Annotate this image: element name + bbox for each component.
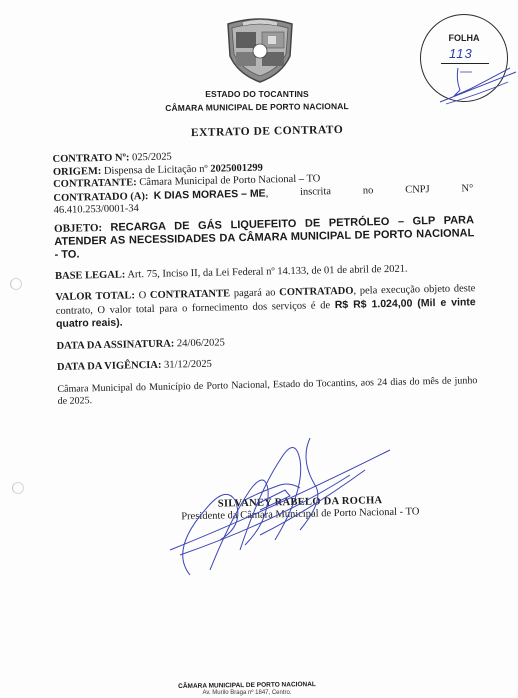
contracting-party-value: Câmara Municipal de Porto Nacional – TO: [139, 173, 320, 188]
handwritten-signature-icon: [150, 430, 430, 590]
object-label: OBJETO:: [54, 221, 102, 234]
stamp-label: FOLHA: [421, 33, 507, 43]
document-page: ESTADO DO TOCANTINS CÂMARA MUNICIPAL DE …: [0, 0, 518, 698]
total-value-text: pagará ao: [230, 287, 279, 299]
stamp-initials-icon: [420, 60, 518, 110]
footer-address: Av. Murilo Braga nº 1847, Centro.: [0, 690, 506, 696]
contracted-word: CNPJ: [405, 184, 430, 198]
object-row: OBJETO: RECARGA DE GÁS LIQUEFEITO DE PET…: [54, 214, 475, 262]
origin-label: ORIGEM:: [53, 165, 102, 177]
contracted-word: no: [363, 185, 374, 199]
punch-hole-mark: [10, 278, 22, 290]
total-value-label: VALOR TOTAL:: [55, 290, 135, 303]
origin-process-number: 2025001299: [210, 162, 263, 174]
legal-basis-value: Art. 75, Inciso II, da Lei Federal nº 14…: [127, 263, 407, 280]
validity-date-label: DATA DA VIGÊNCIA:: [57, 360, 162, 373]
validity-date-value: 31/12/2025: [164, 359, 212, 371]
total-value-contratado: CONTRATADO: [279, 286, 353, 299]
punch-hole-mark: [12, 482, 24, 494]
legal-basis-label: BASE LEGAL:: [55, 269, 126, 281]
contracted-word: N°: [461, 183, 473, 197]
document-title: EXTRATO DE CONTRATO: [62, 121, 472, 142]
total-value-row: VALOR TOTAL: O CONTRATANTE pagará ao CON…: [55, 283, 476, 331]
contracted-party-label: CONTRATADO (A):: [53, 190, 148, 203]
signature-date-value: 24/06/2025: [177, 337, 225, 349]
legal-basis-row: BASE LEGAL: Art. 75, Inciso II, da Lei F…: [55, 262, 475, 283]
origin-value: Dispensa de Licitação nº: [104, 163, 211, 176]
total-value-contratante: CONTRATANTE: [150, 288, 230, 301]
signature-date-row: DATA DA ASSINATURA: 24/06/2025: [56, 332, 476, 353]
validity-date-row: DATA DA VIGÊNCIA: 31/12/2025: [57, 353, 477, 374]
closing-statement: Câmara Municipal do Município de Porto N…: [57, 375, 477, 409]
stamp-page-number: 113: [449, 46, 473, 61]
object-value: RECARGA DE GÁS LIQUEFEITO DE PETRÓLEO – …: [54, 214, 474, 261]
contracted-party-name: K DIAS MORAES – ME: [154, 187, 266, 201]
signature-date-label: DATA DA ASSINATURA:: [56, 338, 174, 351]
coat-of-arms-icon: [222, 14, 298, 84]
contracted-word: inscrita: [300, 186, 331, 200]
contracting-party-label: CONTRATANTE:: [53, 177, 137, 190]
total-value-text: O: [139, 290, 151, 301]
contract-extract: EXTRATO DE CONTRATO CONTRATO Nº: 025/202…: [52, 121, 478, 408]
contracted-comma: ,: [266, 188, 269, 199]
contract-number-label: CONTRATO Nº:: [53, 152, 130, 165]
contract-number-value: 025/2025: [132, 151, 172, 163]
